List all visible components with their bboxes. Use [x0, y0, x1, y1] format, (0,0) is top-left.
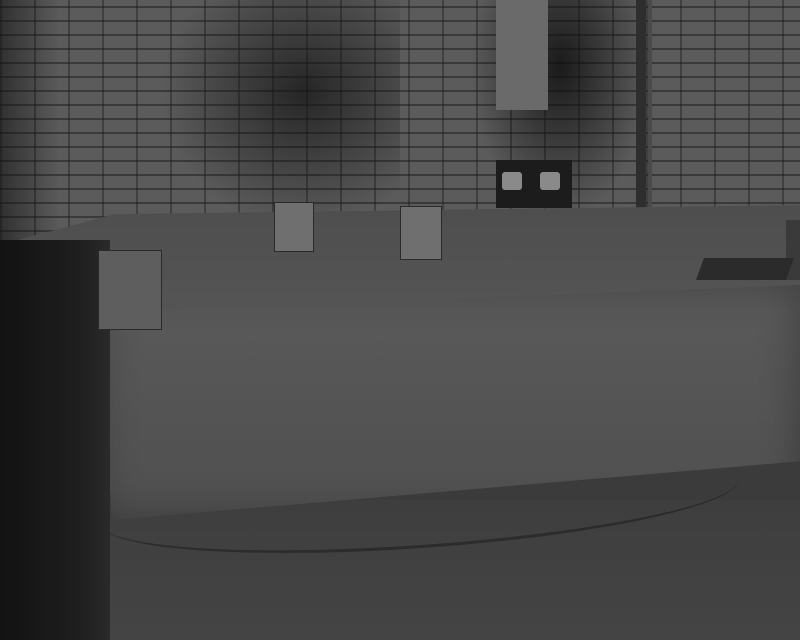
panel — [274, 202, 314, 252]
instrument-box — [98, 250, 162, 330]
photograph — [0, 0, 800, 640]
wall-shadow — [0, 0, 60, 260]
pipe — [636, 0, 646, 225]
plate — [696, 258, 794, 280]
wall-shadow — [160, 0, 400, 230]
meter-panel — [496, 160, 572, 208]
chimney-column — [496, 0, 548, 110]
panel — [400, 206, 442, 260]
left-shadow — [0, 240, 110, 640]
pipe — [648, 0, 652, 225]
